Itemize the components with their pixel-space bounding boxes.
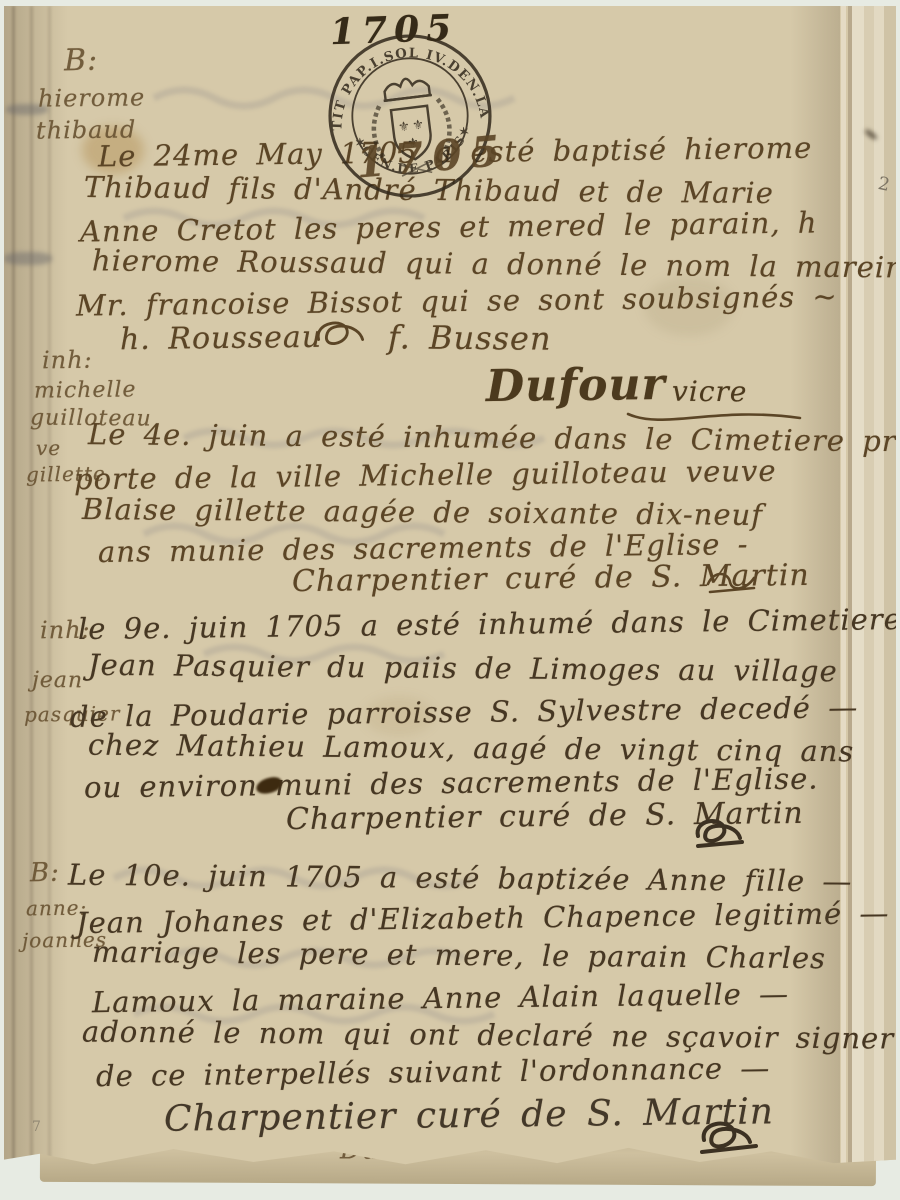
record-line: mariage les pere et mere, le parain Char… bbox=[92, 938, 826, 973]
underpage-edge bbox=[864, 6, 874, 1176]
priest-signature: Charpentier curé de S. Martin bbox=[164, 1094, 774, 1137]
margin-note: jean bbox=[32, 670, 83, 692]
signature-paraph bbox=[690, 812, 750, 854]
gutter-crease bbox=[30, 6, 33, 1176]
margin-note: inh: bbox=[42, 348, 93, 373]
record-line: Jean Pasquier du paiis de Limoges au vil… bbox=[88, 651, 838, 687]
signature-paraph bbox=[312, 314, 378, 354]
register-paper: PETIT PAP.I.SOL IV.DEN.LA F ✶GEN.DE PARI… bbox=[4, 6, 896, 1176]
record-line: porte de la ville Michelle guilloteau ve… bbox=[74, 457, 777, 495]
gutter-crease bbox=[48, 6, 51, 1176]
record-line: hierome Roussaud qui a donné le nom la m… bbox=[92, 246, 900, 282]
officiant-title: vicre bbox=[672, 378, 748, 407]
signature-paraph bbox=[704, 568, 760, 598]
officiant-signature: Dufour bbox=[486, 363, 666, 409]
year-over-stamp: 1705 bbox=[354, 129, 510, 184]
underpage-edge bbox=[852, 6, 864, 1176]
margin-note: ve bbox=[36, 438, 61, 458]
year-heading: 1705 bbox=[329, 10, 458, 50]
crown-band bbox=[384, 95, 432, 101]
record-line: de ce interpellés suivant l'ordonnance — bbox=[96, 1054, 771, 1091]
scanned-register-page: Dunou bbox=[0, 0, 900, 1200]
page-edge-highlight bbox=[841, 6, 846, 1176]
record-line: chez Mathieu Lamoux, aagé de vingt cinq … bbox=[88, 731, 854, 767]
margin-note: hierome bbox=[38, 85, 146, 110]
signature: f. Bussen bbox=[388, 321, 552, 354]
record-line: Lamoux la maraine Anne Alain laquelle — bbox=[92, 980, 789, 1018]
margin-note: B: bbox=[64, 46, 99, 77]
ink-smudge bbox=[4, 252, 52, 265]
signature: h. Rousseau bbox=[120, 323, 322, 355]
record-line: Blaise gillette aagée de soixante dix-ne… bbox=[82, 495, 763, 530]
fleur-de-lis-icon: ⚜ bbox=[411, 118, 425, 134]
margin-note: michelle bbox=[34, 379, 137, 402]
record-line: Anne Cretot les peres et mered le parain… bbox=[80, 208, 818, 246]
gutter-crease bbox=[12, 6, 15, 1176]
signature-paraph bbox=[694, 1114, 764, 1160]
margin-note: B: bbox=[30, 860, 60, 887]
corner-mark: 7 bbox=[32, 1120, 42, 1134]
record-line: Le 10e. juin 1705 a esté baptizée Anne f… bbox=[68, 861, 853, 897]
record-line: adonné le nom qui ont declaré ne sçavoir… bbox=[82, 1017, 894, 1053]
signature-flourish bbox=[624, 404, 804, 430]
